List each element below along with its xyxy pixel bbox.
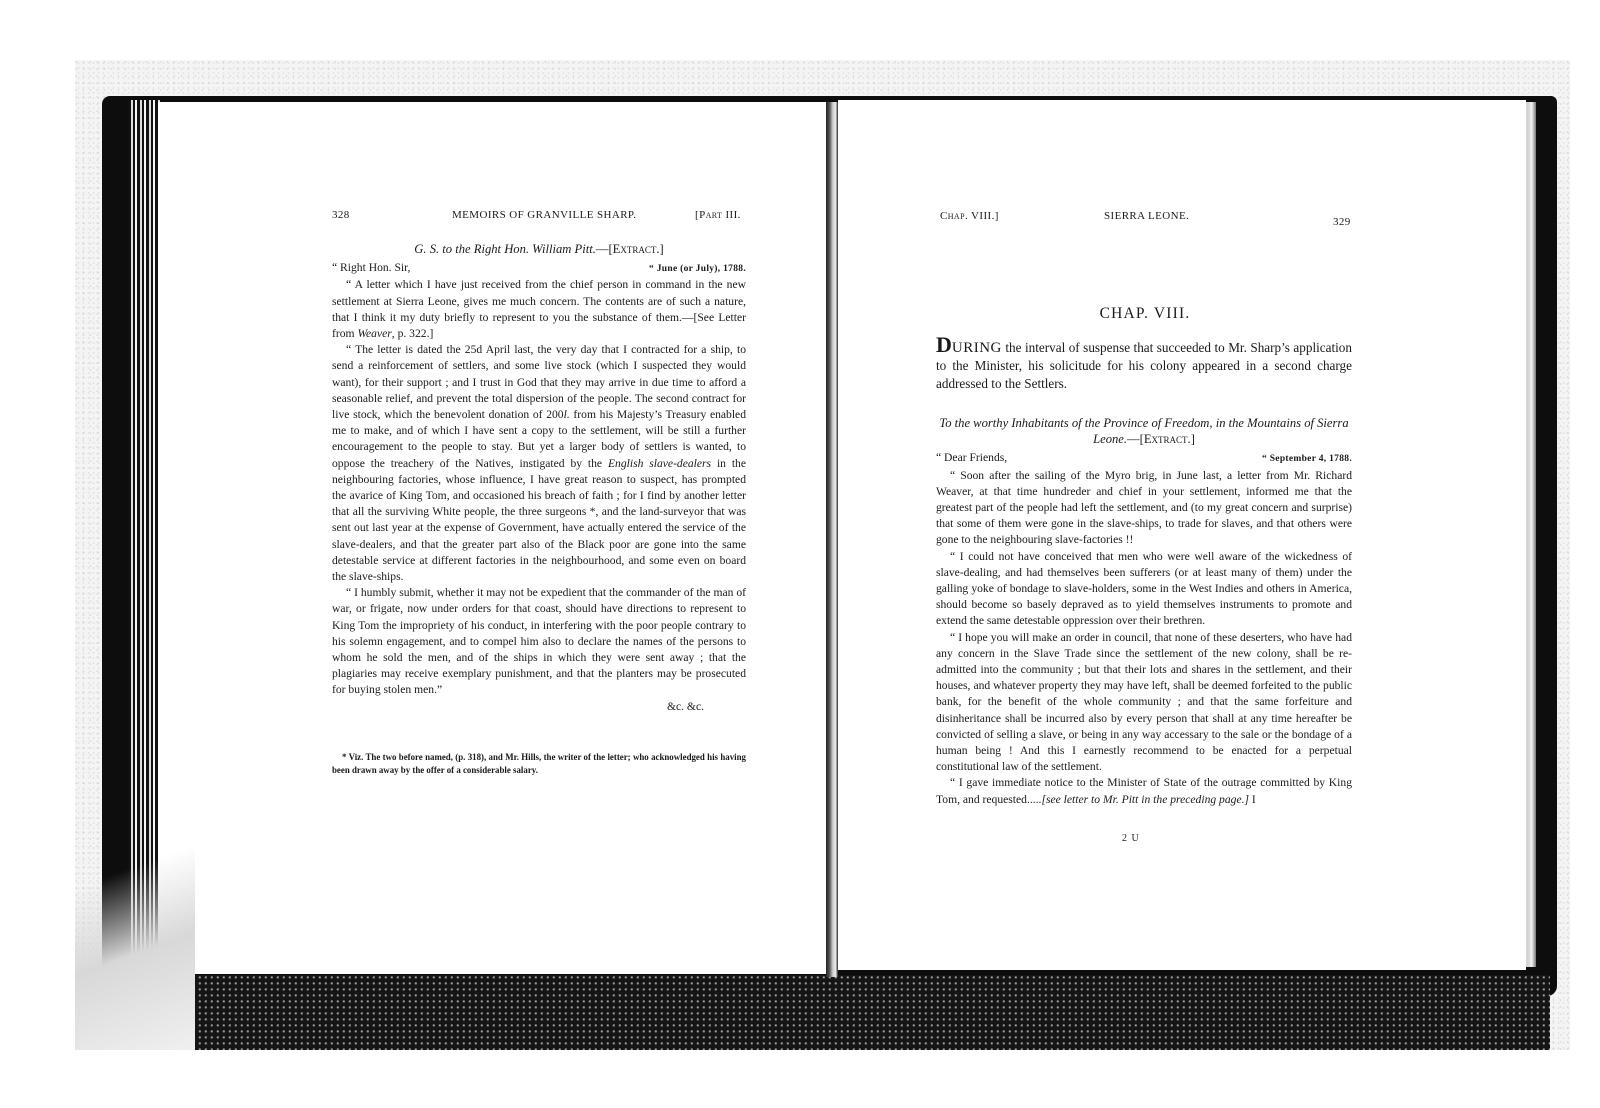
scan-bottom-noise xyxy=(150,975,1550,1050)
footnote-text: * Viz. The two before named, (p. 318), a… xyxy=(332,751,746,777)
right-letter-heading: To the worthy Inhabitants of the Provinc… xyxy=(936,415,1352,447)
left-letter-heading: G. S. to the Right Hon. William Pitt.—[E… xyxy=(332,241,746,257)
text-run: I xyxy=(1249,793,1256,806)
right-paragraph-1: “ Soon after the sailing of the Myro bri… xyxy=(936,468,1352,549)
left-letter: G. S. to the Right Hon. William Pitt.—[E… xyxy=(332,241,746,715)
text-run: “ I hope you will make an order in counc… xyxy=(936,631,1352,774)
right-letter: To the worthy Inhabitants of the Provinc… xyxy=(936,415,1352,808)
text-run: in the neighbouring factories, whose inf… xyxy=(332,457,746,583)
left-signoff: &c. &c. xyxy=(332,699,746,715)
signature-mark: 2 U xyxy=(1122,833,1140,844)
italic-phrase: English slave-dealers xyxy=(608,457,711,470)
left-paragraph-1: “ A letter which I have just received fr… xyxy=(332,277,746,342)
extract-label: Extract. xyxy=(1144,432,1191,446)
left-salutation: “ Right Hon. Sir, xyxy=(332,260,410,276)
right-page-number: 329 xyxy=(1333,216,1351,228)
heading-bracket-open: —[ xyxy=(596,242,613,256)
right-paragraph-2: “ I could not have conceived that men wh… xyxy=(936,549,1352,630)
left-part-marker: [Part III. xyxy=(695,209,741,221)
text-run: , p. 322.] xyxy=(392,327,434,340)
text-run: “ I humbly submit, whether it may not be… xyxy=(332,586,746,696)
heading-bracket-open: —[ xyxy=(1127,432,1144,446)
italic-reference: [see letter to Mr. Pitt in the preceding… xyxy=(1041,793,1249,806)
left-page-number: 328 xyxy=(332,209,350,221)
left-salutation-row: “ Right Hon. Sir, “ June (or July), 1788… xyxy=(332,260,746,277)
right-running-title: SIERRA LEONE. xyxy=(1104,210,1189,222)
scan-corner-fade xyxy=(75,800,195,1050)
left-footnote: * Viz. The two before named, (p. 318), a… xyxy=(332,751,746,777)
lead-caps: URING xyxy=(952,340,1002,356)
left-letter-date: “ June (or July), 1788. xyxy=(649,261,746,277)
chapter-title-wrap: CHAP. VIII. xyxy=(936,305,1354,329)
book-gutter xyxy=(826,102,838,977)
left-running-title: MEMOIRS OF GRANVILLE SHARP. xyxy=(452,209,636,221)
text-run: “ I could not have conceived that men wh… xyxy=(936,550,1352,628)
right-paragraph-3: “ I hope you will make an order in counc… xyxy=(936,630,1352,776)
extract-label: Extract. xyxy=(613,242,660,256)
left-paragraph-3: “ I humbly submit, whether it may not be… xyxy=(332,585,746,698)
right-paragraph-4: “ I gave immediate notice to the Ministe… xyxy=(936,775,1352,807)
heading-bracket-close: ] xyxy=(660,242,664,256)
text-run: “ Soon after the sailing of the Myro bri… xyxy=(936,469,1352,547)
left-letter-heading-title: G. S. to the Right Hon. William Pitt. xyxy=(414,242,596,256)
drop-cap: D xyxy=(936,332,952,357)
heading-bracket-close: ] xyxy=(1191,432,1195,446)
right-salutation-row: “ Dear Friends, “ September 4, 1788. xyxy=(936,450,1352,467)
right-letter-date: “ September 4, 1788. xyxy=(1262,451,1352,467)
left-paragraph-2: “ The letter is dated the 25d April last… xyxy=(332,342,746,585)
right-salutation: “ Dear Friends, xyxy=(936,450,1007,466)
right-chapter-marker: Chap. VIII.] xyxy=(940,210,999,222)
chapter-opening: DURING the interval of suspense that suc… xyxy=(936,336,1352,392)
italic-name: Weaver xyxy=(357,327,391,340)
chapter-title: CHAP. VIII. xyxy=(936,305,1354,323)
